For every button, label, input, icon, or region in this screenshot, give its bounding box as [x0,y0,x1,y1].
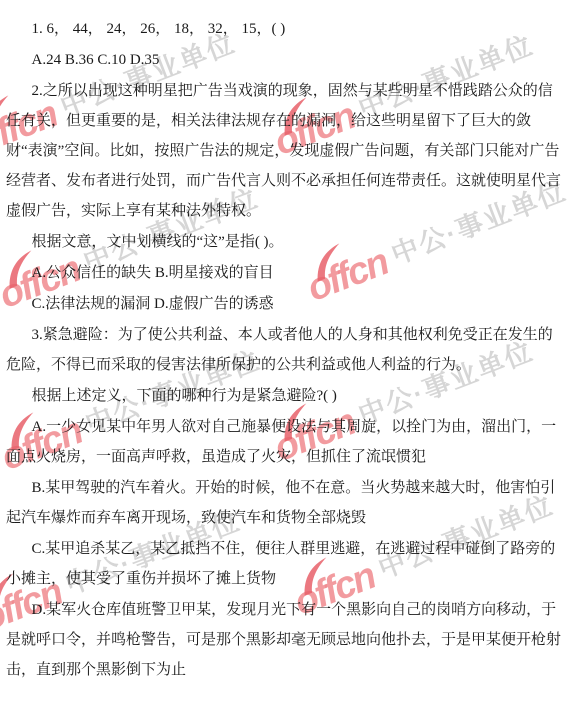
question-1-stem: 1. 6， 44， 24， 26， 18， 32， 15，( ) [6,14,566,44]
question-2-passage: 2.之所以出现这种明星把广告当戏演的现象，固然与某些明星不惜践踏公众的信任有关，… [6,76,566,226]
question-3-option-a: A.一少女见某中年男人欲对自己施暴便设法与其周旋，以拴门为由，溜出门，一面点火烧… [6,412,566,472]
question-1-options: A.24 B.36 C.10 D.35 [6,45,566,75]
question-3-prompt: 根据上述定义，下面的哪种行为是紧急避险?( ) [6,381,566,411]
question-2-prompt: 根据文意，文中划横线的“这”是指( )。 [6,227,566,257]
question-3-option-b: B.某甲驾驶的汽车着火。开始的时候，他不在意。当火势越来越大时，他害怕引起汽车爆… [6,473,566,533]
question-3-option-c: C.某甲追杀某乙，某乙抵挡不住，便往人群里逃避，在逃避过程中碰倒了路旁的小摊主，… [6,534,566,594]
question-3-option-d: D.某军火仓库值班警卫甲某，发现月光下有一个黑影向自己的岗哨方向移动，于是就呼口… [6,595,566,685]
question-2-options-row-ab: A.公众信任的缺失 B.明星接戏的盲目 [6,258,566,288]
question-3-definition: 3.紧急避险：为了使公共利益、本人或者他人的人身和其他权利免受正在发生的危险，不… [6,320,566,380]
questions-text: 1. 6， 44， 24， 26， 18， 32， 15，( ) A.24 B.… [0,0,570,708]
question-2-options-row-cd: C.法律法规的漏洞 D.虚假广告的诱惑 [6,289,566,319]
document-page: { "page": { "background": "#ffffff", "te… [0,0,570,708]
